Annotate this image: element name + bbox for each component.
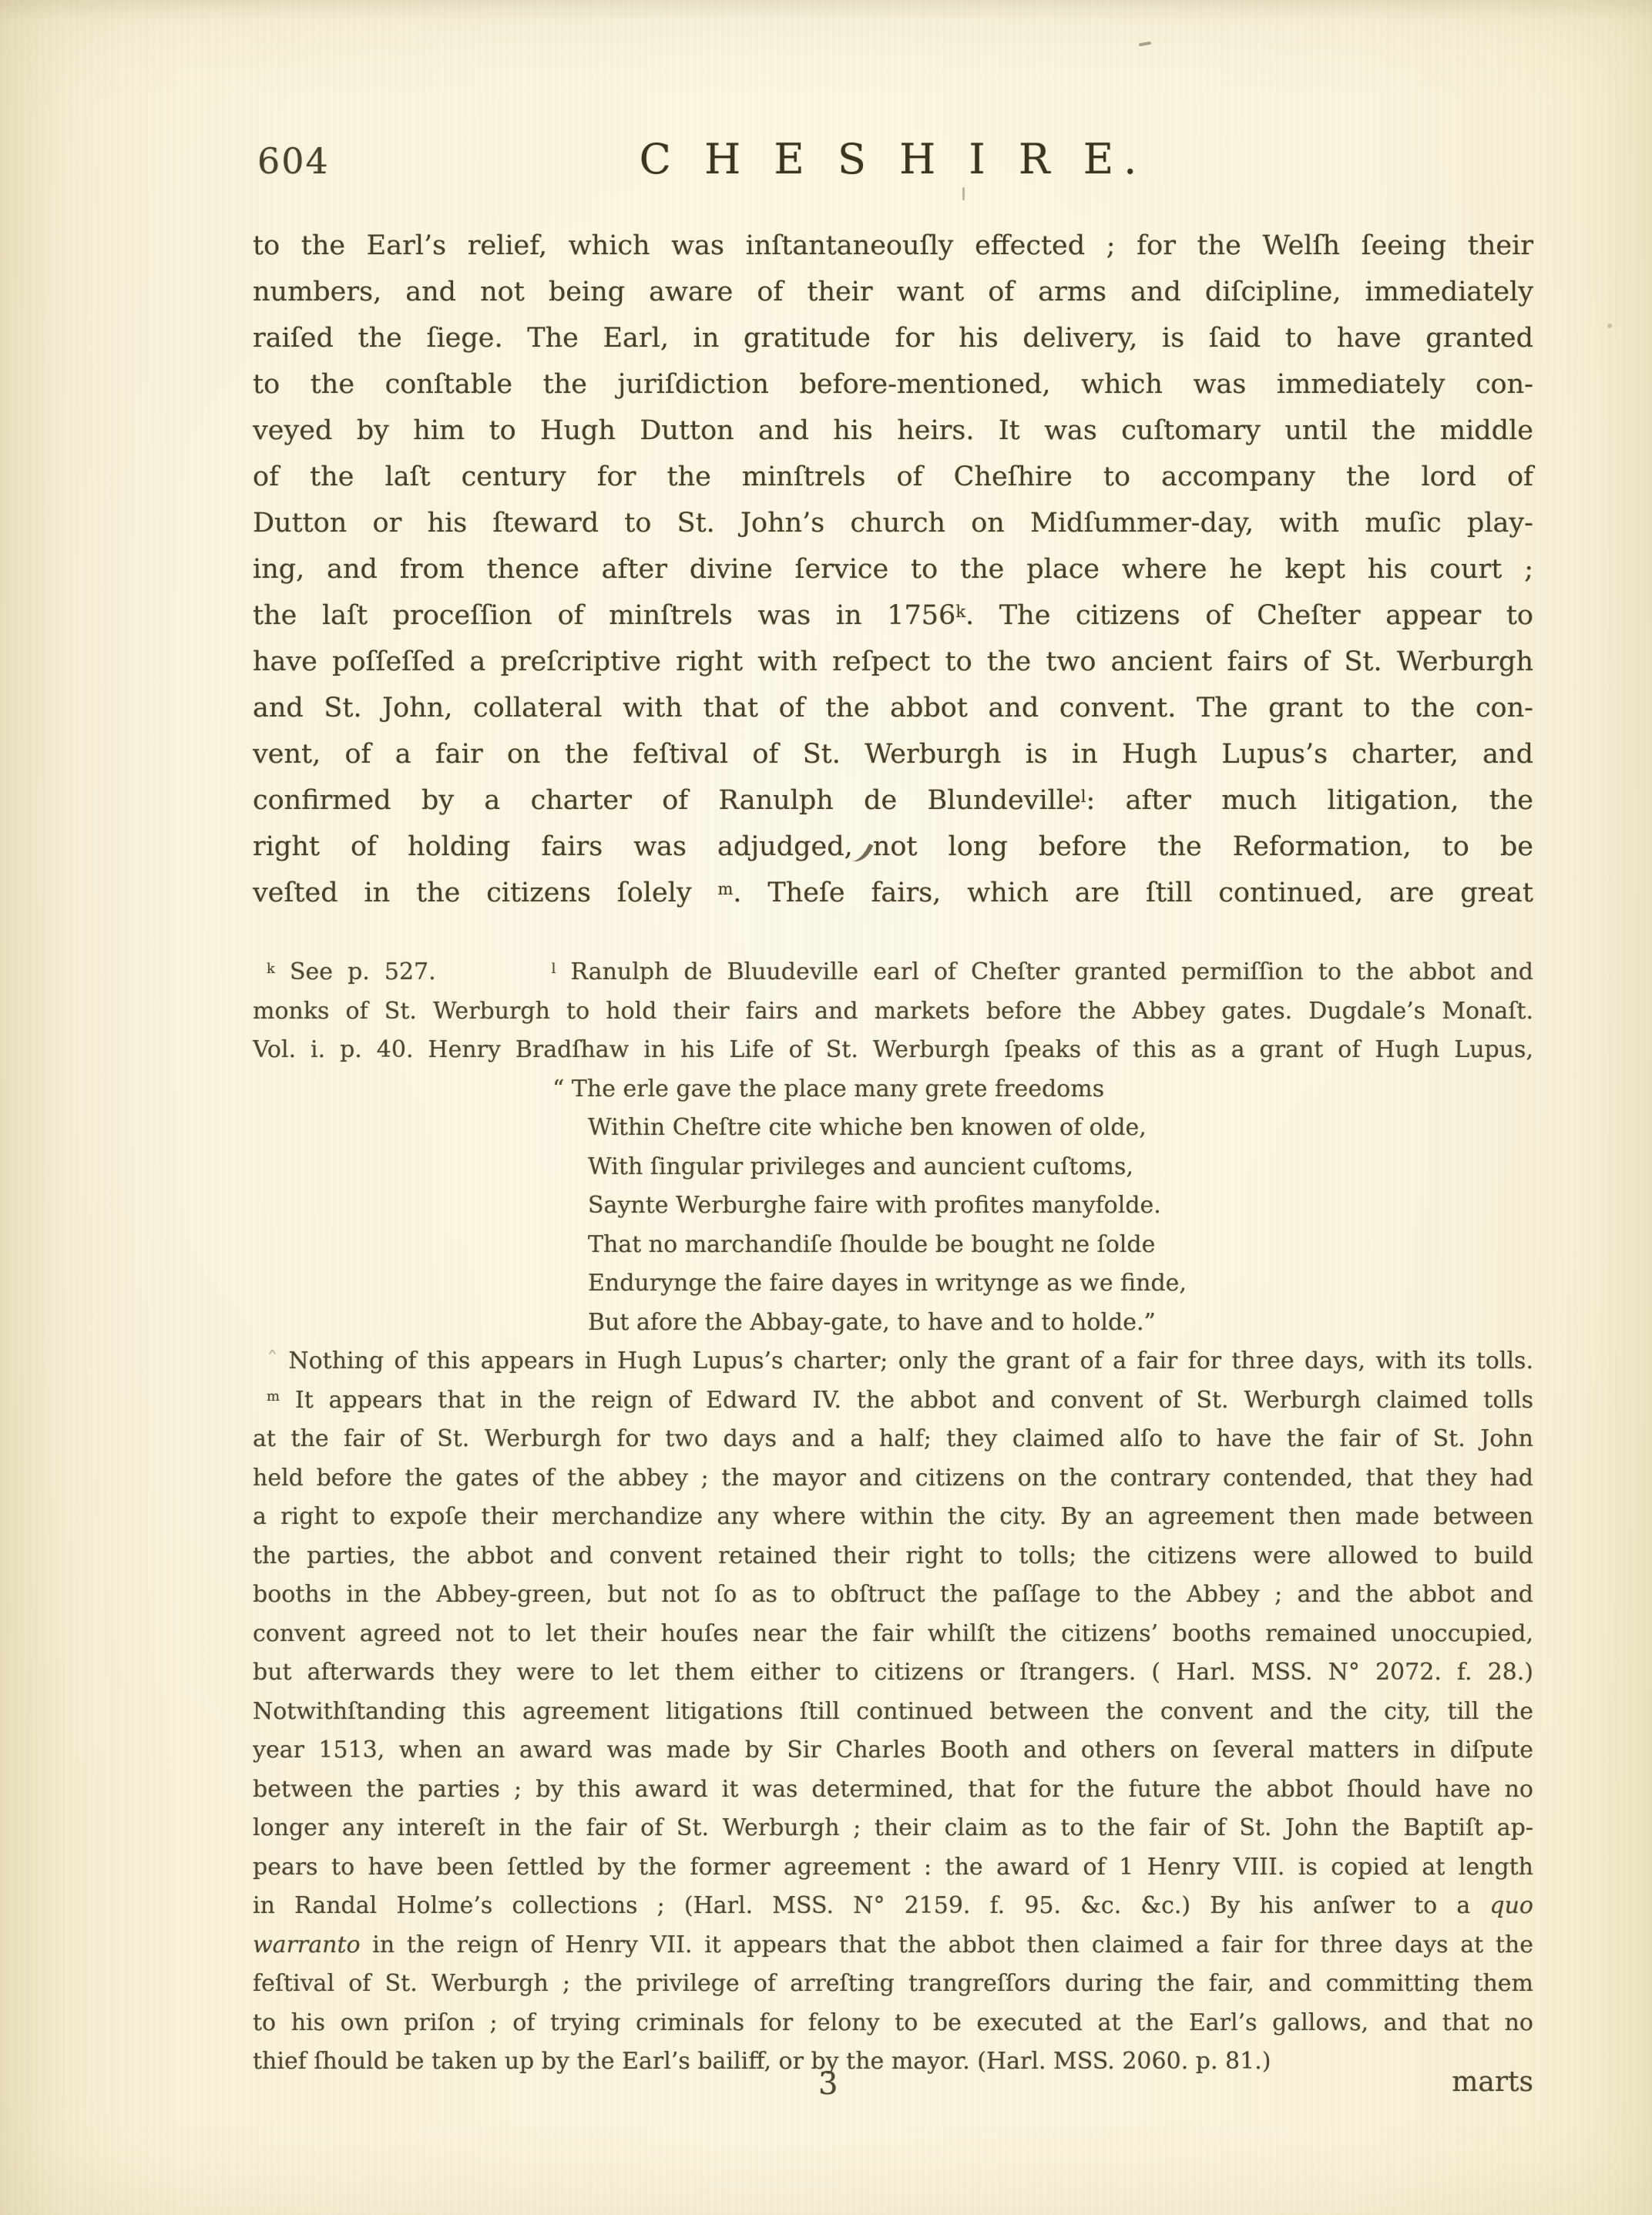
text-segment: . The citizens of Cheſter appear to (965, 600, 1533, 631)
ink-speck (1607, 324, 1612, 328)
footnote-marker: k (267, 961, 275, 977)
footnote-line: at the fair of St. Werburgh for two days… (253, 1422, 1533, 1462)
body-text-line: confirmed by a charter of Ranulph de Blu… (253, 780, 1533, 827)
ink-speck (1139, 42, 1151, 47)
poem-line: That no marchandiſe ſhoulde be bought ne… (588, 1228, 1533, 1267)
footnote-line: pears to have been ſettled by the former… (253, 1851, 1533, 1890)
footnote-line: a right to expoſe their merchandize any … (253, 1500, 1533, 1539)
poem-line: “ The erle gave the place many grete fre… (588, 1072, 1533, 1112)
text-segment: See p. 527. (275, 958, 436, 985)
footnote-marker: l (1081, 787, 1086, 806)
footnote-line: m It appears that in the reign of Edward… (253, 1384, 1533, 1423)
poem-line: Saynte Werburghe faire with profites man… (588, 1189, 1533, 1228)
footnote-line: held before the gates of the abbey ; the… (253, 1462, 1533, 1501)
footnote-line: but afterwards they were to let them eit… (253, 1656, 1533, 1695)
body-text-line: and St. John, collateral with that of th… (253, 688, 1533, 734)
footnote-line: longer any intereſt in the fair of St. W… (253, 1811, 1533, 1851)
text-segment: quo (1489, 1892, 1533, 1919)
text-segment: “ The erle gave the place many grete fre… (552, 1076, 1104, 1102)
body-text-line: numbers, and not being aware of their wa… (253, 272, 1533, 318)
footnote-line: booths in the Abbey-green, but not ſo as… (253, 1578, 1533, 1617)
footnote-lines-top: k See p. 527.l Ranulph de Bluudeville ea… (253, 955, 1533, 1072)
text-segment: warranto (253, 1931, 361, 1958)
catchword: marts (1310, 2066, 1533, 2098)
text-segment: . Theſe fairs, which are ſtill continued… (733, 878, 1533, 908)
text-segment: not long before the Reformation, to be (873, 831, 1533, 862)
footnote-line: in Randal Holme’s collections ; (Harl. M… (253, 1889, 1533, 1928)
text-segment: in Randal Holme’s collections ; (Harl. M… (253, 1892, 1489, 1919)
body-text-line: to the Earl’s relief, which was inſtanta… (253, 226, 1533, 272)
footnote-line: monks of St. Werburgh to hold their fair… (253, 995, 1533, 1034)
body-text-line: veyed by him to Hugh Dutton and his heir… (253, 411, 1533, 457)
footnote-line: Notwithſtanding this agreement litigatio… (253, 1695, 1533, 1734)
footnote-line: year 1513, when an award was made by Sir… (253, 1733, 1533, 1773)
text-segment: : after much litigation, the (1086, 785, 1533, 816)
body-text-line: of the laſt century for the minſtrels of… (253, 457, 1533, 503)
body-text-line: have poſſeſſed a preſcriptive right with… (253, 642, 1533, 688)
body-text-line: veſted in the citizens ſolely m. Theſe f… (253, 873, 1533, 919)
poem-line: With ſingular privileges and auncient cu… (588, 1150, 1533, 1190)
footnote-line: k See p. 527.l Ranulph de Bluudeville ea… (253, 955, 1533, 995)
footnote-line: to his own priſon ; of trying criminals … (253, 2006, 1533, 2046)
page-title: C H E S H I R E. (253, 139, 1533, 180)
body-text-line: ing, and from thence after divine ſervic… (253, 549, 1533, 596)
footnote-line: ˆ Nothing of this appears in Hugh Lupus’… (253, 1344, 1533, 1384)
footnote-marker: m (267, 1388, 280, 1405)
body-text-line: vent, of a fair on the feſtival of St. W… (253, 734, 1533, 780)
poem-line: Endurynge the faire dayes in writynge as… (588, 1267, 1533, 1306)
quoted-poem: “ The erle gave the place many grete fre… (588, 1072, 1533, 1345)
book-page-scan: 604 C H E S H I R E. to the Earl’s relie… (0, 0, 1652, 2215)
ink-speck (962, 187, 965, 200)
body-text-line: Dutton or his ſteward to St. John’s chur… (253, 503, 1533, 549)
footnote-line: the parties, the abbot and convent retai… (253, 1539, 1533, 1579)
body-text-line: right of holding fairs was adjudged,not … (253, 827, 1533, 873)
footnote-line: Vol. i. p. 40. Henry Bradſhaw in his Lif… (253, 1033, 1533, 1072)
footnote-marker: m (717, 880, 733, 898)
footnotes-section: k See p. 527.l Ranulph de Bluudeville ea… (253, 955, 1533, 2084)
footnote-marker: k (955, 602, 965, 621)
body-paragraph: to the Earl’s relief, which was inſtanta… (253, 226, 1533, 919)
footnote-line: between the parties ; by this award it w… (253, 1773, 1533, 1812)
footnote-line: convent agreed not to let their houſes n… (253, 1617, 1533, 1656)
text-segment: It appears that in the reign of Edward I… (280, 1387, 1533, 1414)
text-segment: confirmed by a charter of Ranulph de Blu… (253, 785, 1081, 816)
text-segment: the laſt proceſſion of minſtrels was in … (253, 600, 955, 631)
text-segment: right of holding fairs was adjudged, (253, 831, 853, 862)
footnote-marker: l (552, 961, 556, 977)
text-segment: ˆ (267, 1347, 278, 1374)
text-segment: in the reign of Henry VII. it appears th… (361, 1931, 1533, 1958)
footnote-line: feſtival of St. Werburgh ; the privilege… (253, 1967, 1533, 2006)
text-segment: thief ſhould be taken up by the Earl’s b… (253, 2048, 1271, 2075)
footnote-lines-bottom: ˆ Nothing of this appears in Hugh Lupus’… (253, 1344, 1533, 2084)
body-text-line: to the conſtable the juriſdiction before… (253, 364, 1533, 411)
text-segment: Nothing of this appears in Hugh Lupus’s … (278, 1347, 1533, 1374)
text-segment: veſted in the citizens ſolely (253, 878, 717, 908)
signature-mark: 3 (818, 2066, 838, 2102)
text-segment: Ranulph de Bluudeville earl of Cheſter g… (556, 958, 1533, 985)
body-text-line: the laſt proceſſion of minſtrels was in … (253, 596, 1533, 642)
footnote-line: warranto in the reign of Henry VII. it a… (253, 1928, 1533, 1968)
poem-line: But afore the Abbay-gate, to have and to… (588, 1306, 1533, 1345)
poem-line: Within Cheſtre cite whiche ben knowen of… (588, 1111, 1533, 1150)
body-text-line: raiſed the ſiege. The Earl, in gratitude… (253, 318, 1533, 364)
